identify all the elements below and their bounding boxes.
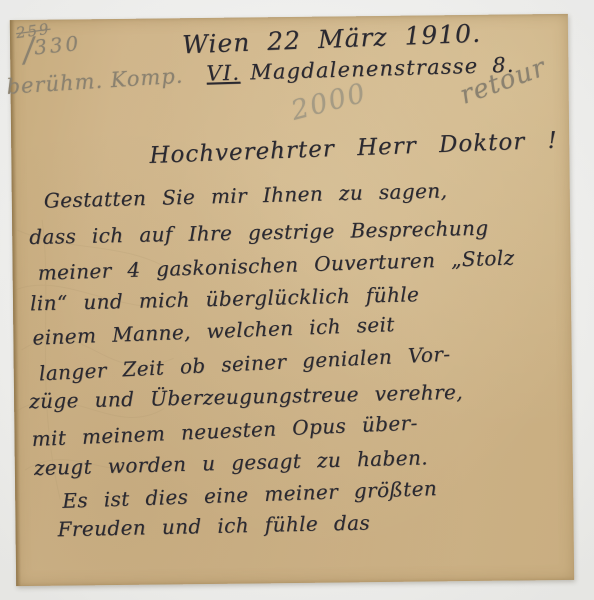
archive-number: /330: [21, 25, 83, 70]
scan-background: 259 /330 berühm. Komp. 2000 retour Wien …: [0, 0, 594, 600]
archive-note-komponist: berühm. Komp.: [6, 64, 184, 99]
archive-number-value: 330: [33, 31, 82, 60]
price-annotation: 2000: [288, 77, 370, 126]
letter-place-date: Wien 22 März 1910.: [182, 19, 482, 60]
letter-salutation: Hochverehrter Herr Doktor !: [149, 128, 558, 169]
letter-body-line: Gestatten Sie mir Ihnen zu sagen,: [44, 178, 448, 212]
letter-paper: 259 /330 berühm. Komp. 2000 retour Wien …: [10, 14, 574, 586]
letter-address-district: VI.: [206, 61, 240, 86]
